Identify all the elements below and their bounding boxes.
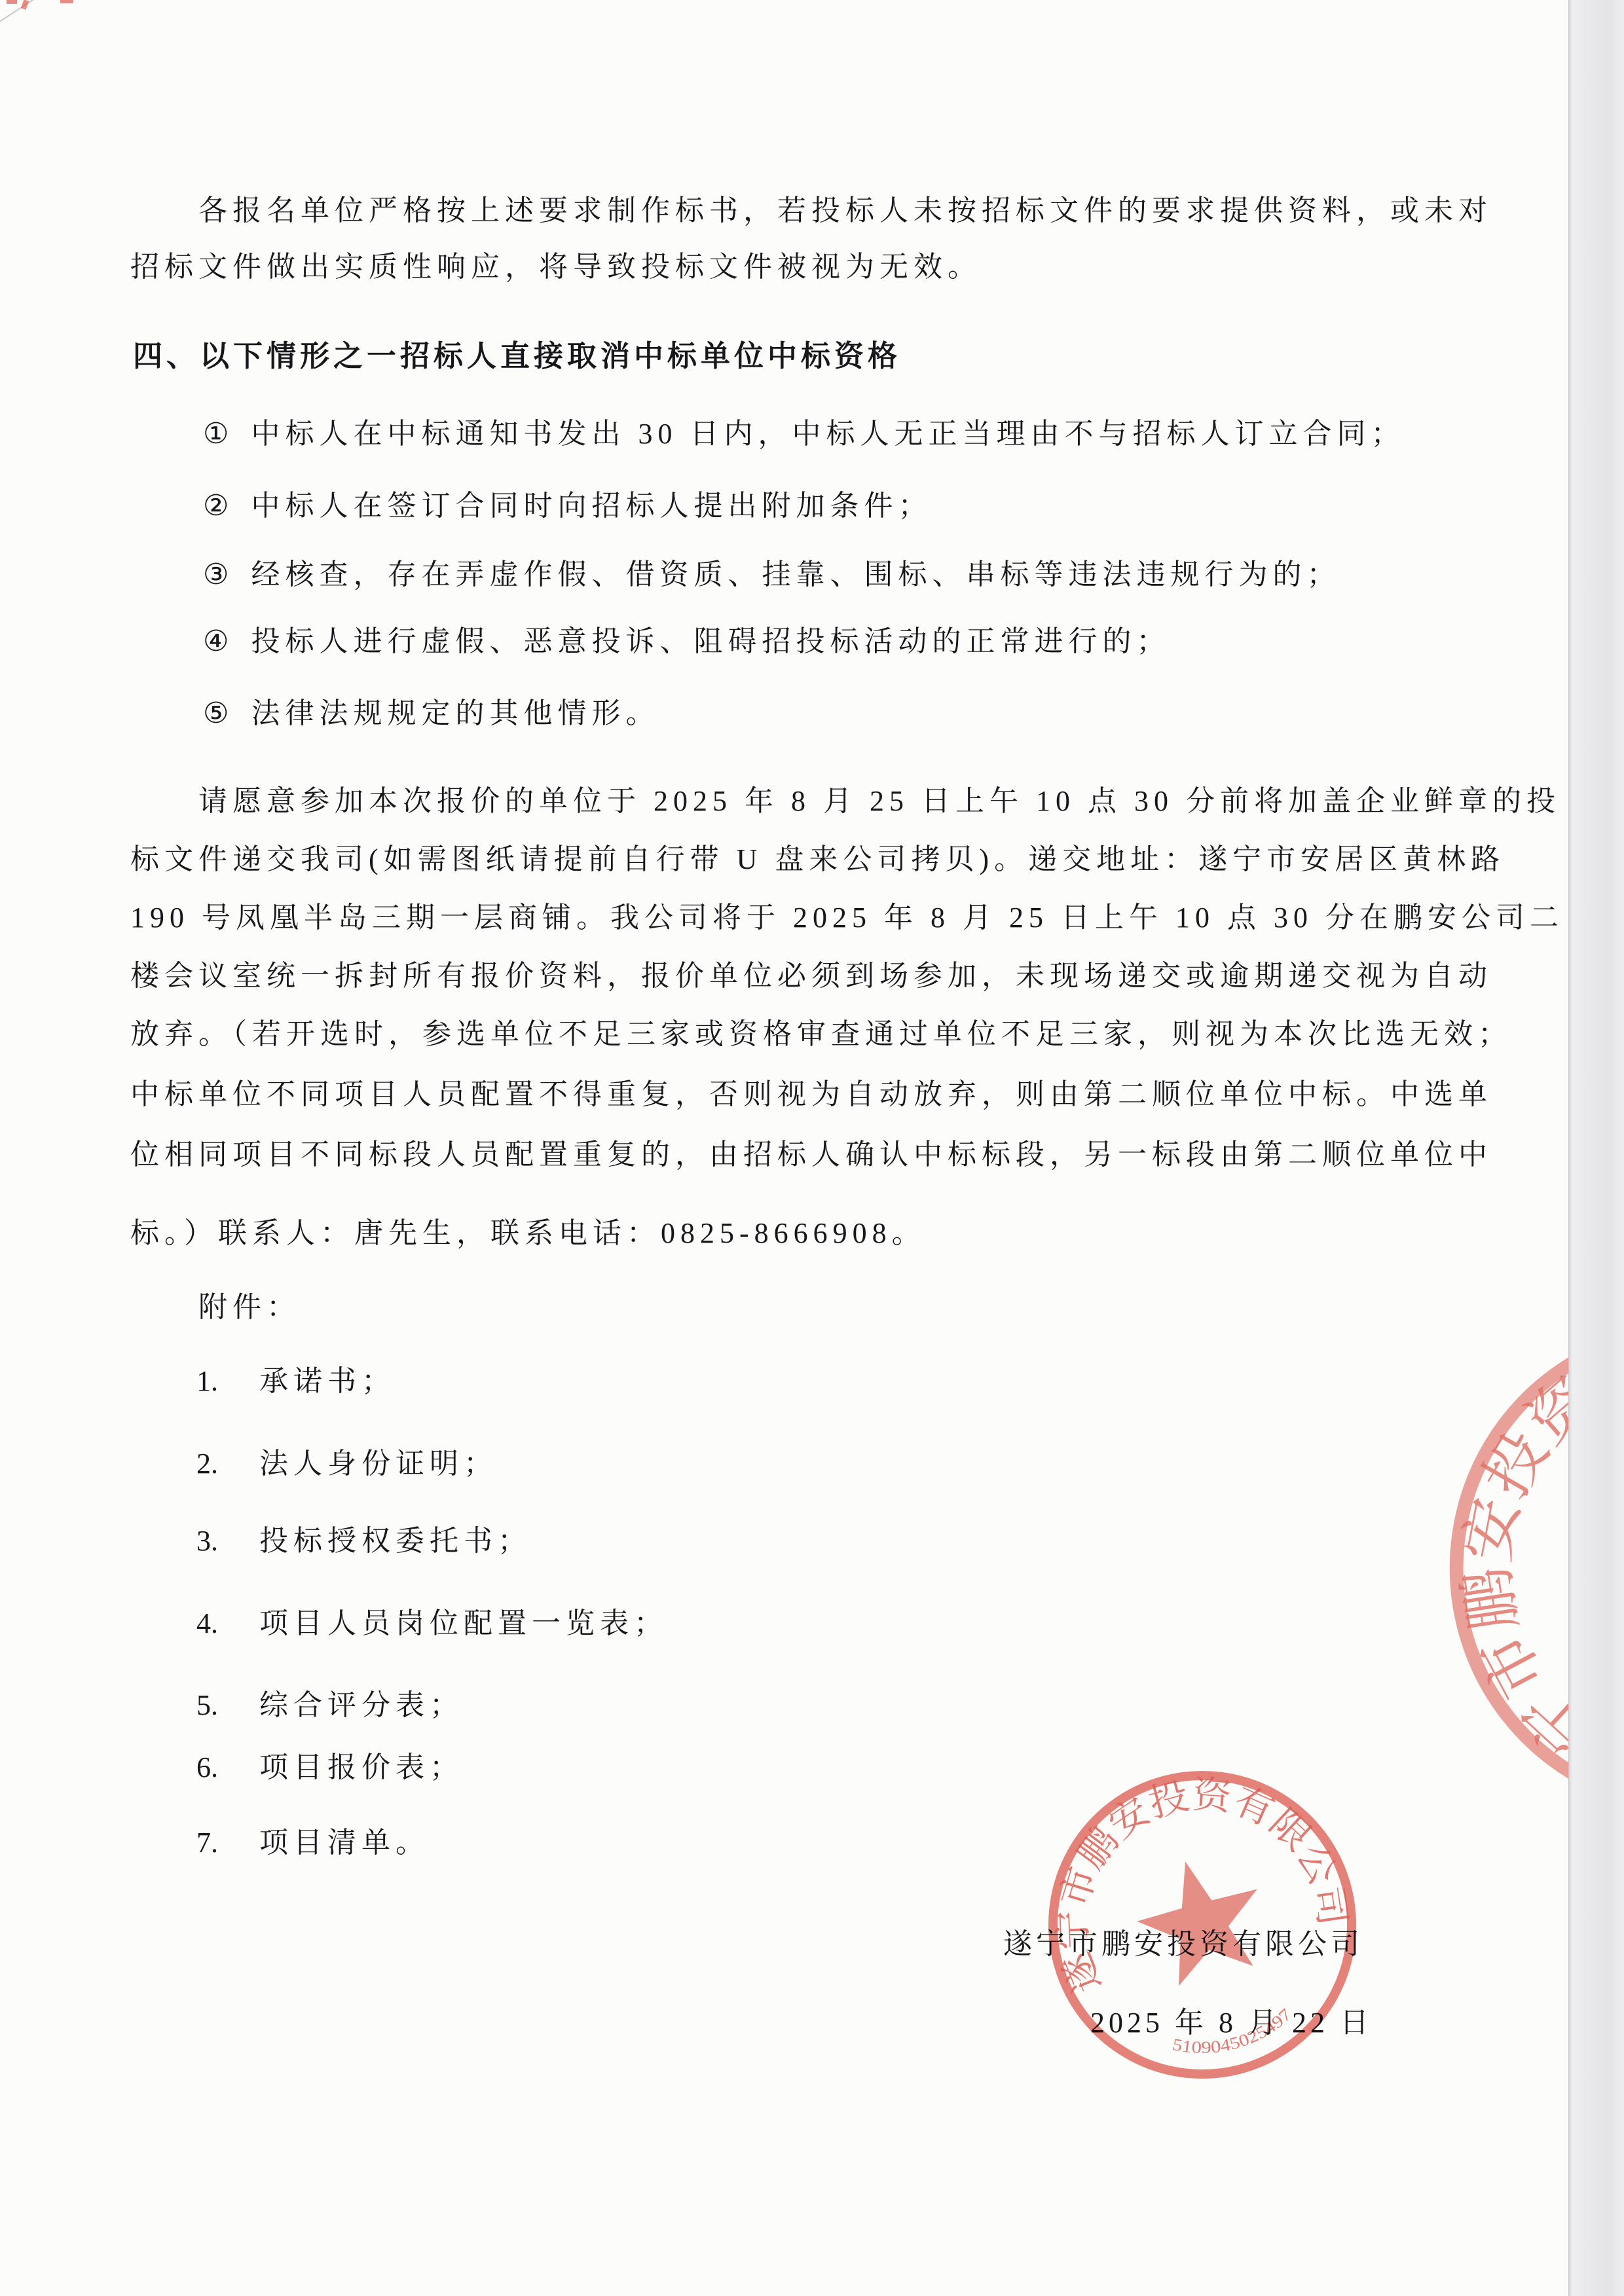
item-number: ③ — [203, 558, 234, 591]
paragraph2-line: 楼会议室统一拆封所有报价资料，报价单位必须到场参加，未现场递交或逾期递交视为自动 — [130, 962, 1492, 991]
section4-item: ②中标人在签订合同时向招标人提出附加条件； — [203, 492, 932, 520]
section4-heading: 四、以下情形之一招标人直接取消中标单位中标资格 — [133, 341, 901, 371]
attachment-text: 综合评分表； — [259, 1689, 464, 1721]
red-ink-scuff — [60, 0, 73, 3]
paragraph1-line: 招标文件做出实质性响应，将导致投标文件被视为无效。 — [130, 253, 982, 282]
paragraph2-line: 位相同项目不同标段人员配置重复的，由招标人确认中标标段，另一标段由第二顺位单位中 — [130, 1140, 1492, 1169]
item-number: ⑤ — [203, 697, 234, 729]
section4-item: ①中标人在中标通知书发出 30 日内，中标人无正当理由不与招标人订立合同； — [203, 420, 1405, 448]
attachment-text: 项目人员岗位配置一览表； — [259, 1607, 668, 1639]
corner-fold-line — [0, 0, 37, 26]
attachment-text: 项目报价表； — [259, 1751, 464, 1783]
item-text: 法律法规规定的其他情形。 — [251, 697, 659, 729]
paragraph2-line: 标文件递交我司(如需图纸请提前自行带 U 盘来公司拷贝)。递交地址：遂宁市安居区… — [130, 845, 1505, 874]
attachment-number: 4. — [196, 1609, 259, 1638]
item-number: ② — [203, 490, 234, 522]
paragraph2-line: 请愿意参加本次报价的单位于 2025 年 8 月 25 日上午 10 点 30 … — [198, 787, 1560, 816]
attachment-item: 1.承诺书； — [196, 1367, 396, 1396]
attachment-item: 6.项目报价表； — [196, 1753, 464, 1782]
company-seal-graphic: 遂宁市鹏安投资有限公司 5109045025497 — [1010, 1732, 1395, 2117]
attachment-item: 4.项目人员岗位配置一览表； — [196, 1609, 668, 1638]
item-text: 投标人进行虚假、恶意投诉、阻碍招投标活动的正常进行的； — [251, 625, 1170, 657]
attachments-label: 附件： — [198, 1293, 301, 1322]
scan-edge-strip — [1568, 0, 1624, 2296]
attachment-text: 法人身份证明； — [259, 1448, 498, 1480]
paragraph2-line: 放弃。（若开选时，参选单位不足三家或资格审查通过单位不足三家，则视为本次比选无效… — [130, 1020, 1512, 1049]
section4-item: ③经核查，存在弄虚作假、借资质、挂靠、围标、串标等违法违规行为的； — [203, 560, 1340, 589]
attachment-number: 2. — [196, 1449, 259, 1478]
paragraph2-line: 标。）联系人：唐先生，联系电话：0825-8666908。 — [130, 1219, 926, 1248]
attachment-number: 1. — [196, 1367, 259, 1396]
paragraph2-line: 中标单位不同项目人员配置不得重复，否则视为自动放弃，则由第二顺位单位中标。中选单 — [130, 1080, 1492, 1109]
attachment-item: 5.综合评分表； — [196, 1691, 464, 1720]
attachment-text: 项目清单。 — [259, 1827, 430, 1859]
seal-serial-number: 5109045025497 — [1166, 2003, 1300, 2069]
section4-item: ⑤法律法规规定的其他情形。 — [203, 699, 659, 728]
attachment-number: 6. — [196, 1753, 259, 1782]
section4-item: ④投标人进行虚假、恶意投诉、阻碍招投标活动的正常进行的； — [203, 627, 1170, 656]
red-ink-scuff — [21, 0, 29, 10]
attachment-number: 7. — [196, 1829, 259, 1857]
attachment-item: 2.法人身份证明； — [196, 1449, 498, 1478]
item-text: 中标人在签订合同时向招标人提出附加条件； — [251, 490, 932, 522]
paragraph1-line: 各报名单位严格按上述要求制作标书，若投标人未按招标文件的要求提供资料，或未对 — [198, 196, 1492, 225]
attachment-item: 7.项目清单。 — [196, 1829, 430, 1857]
item-text: 经核查，存在弄虚作假、借资质、挂靠、围标、串标等违法违规行为的； — [251, 558, 1340, 591]
company-seal-bottom: 遂宁市鹏安投资有限公司 5109045025497 — [1010, 1732, 1395, 2117]
attachment-number: 5. — [196, 1691, 259, 1720]
attachment-item: 3.投标授权委托书； — [196, 1527, 532, 1556]
seal-star-icon — [1125, 1846, 1276, 1992]
item-text: 中标人在中标通知书发出 30 日内，中标人无正当理由不与招标人订立合同； — [251, 418, 1405, 450]
scanned-tender-document-page: 各报名单位严格按上述要求制作标书，若投标人未按招标文件的要求提供资料，或未对 招… — [0, 0, 1624, 2296]
red-ink-scuff — [7, 0, 17, 4]
attachment-text: 投标授权委托书； — [259, 1525, 532, 1557]
item-number: ① — [203, 418, 234, 450]
attachment-text: 承诺书； — [259, 1365, 396, 1397]
attachment-number: 3. — [196, 1527, 259, 1556]
item-number: ④ — [203, 625, 234, 657]
paragraph2-line: 190 号凤凰半岛三期一层商铺。我公司将于 2025 年 8 月 25 日上午 … — [130, 903, 1564, 932]
